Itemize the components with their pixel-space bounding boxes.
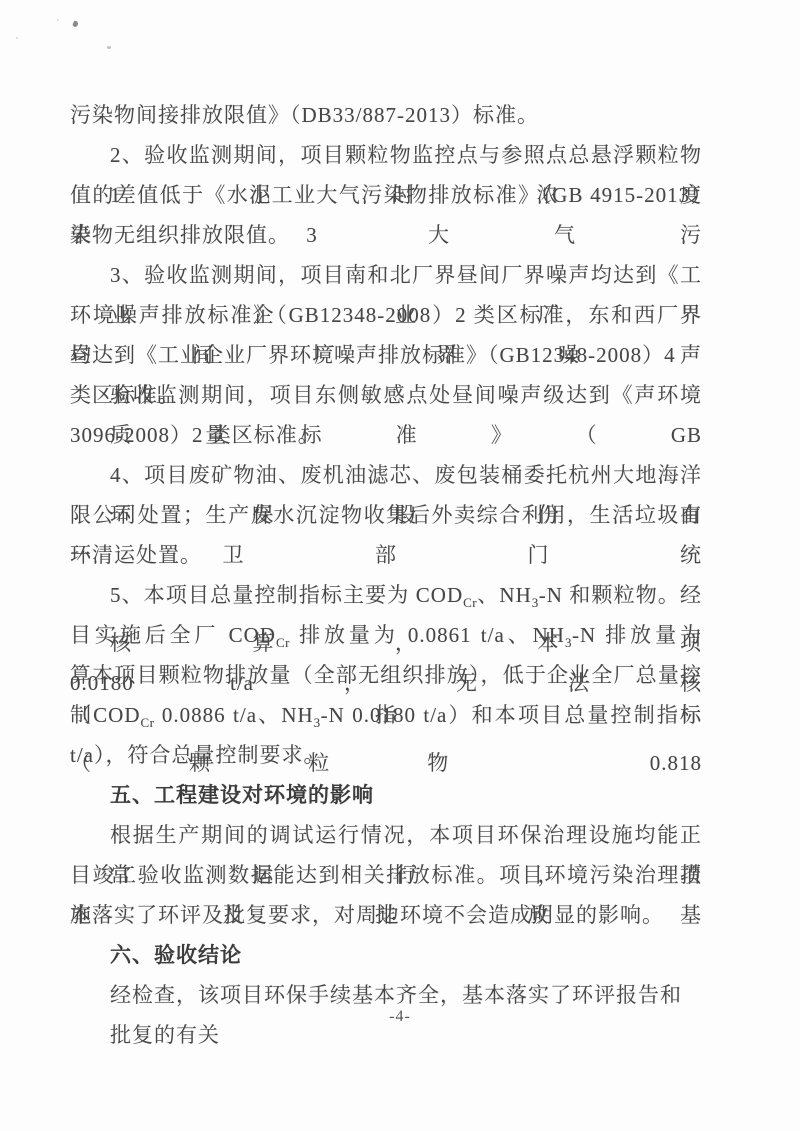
text-line: 根据生产期间的调试运行情况，本项目环保治理设施均能正常运行，项: [70, 815, 702, 855]
section-heading: 六、验收结论: [70, 935, 702, 975]
text-line: 本落实了环评及批复要求，对周边环境不会造成明显的影响。: [70, 895, 702, 935]
text-line: 2、验收监测期间，项目颗粒物监控点与参照点总悬浮颗粒物 1 小时浓度: [70, 135, 702, 175]
paragraph: 3、验收监测期间，项目南和北厂界昼间厂界噪声均达到《工业企业厂界环境噪声排放标准…: [70, 255, 702, 375]
text-line: 六、验收结论: [70, 935, 702, 975]
scan-speck: [72, 20, 79, 28]
paragraph: 污染物间接排放限值》（DB33/887-2013）标准。: [70, 95, 702, 135]
text-line: 4、项目废矿物油、废机油滤芯、废包装桶委托杭州大地海洋环保股份有: [70, 455, 702, 495]
scan-speck: [16, 37, 18, 39]
text-line: （CODCr 0.0886 t/a、NH3-N 0.0180 t/a）和本项目总…: [70, 695, 702, 735]
text-line: 5、本项目总量控制指标主要为 CODCr、NH3-N 和颗粒物。经核算，本项: [70, 575, 702, 615]
page-number: -4-: [0, 1008, 800, 1026]
text-line: 目竣工验收监测数据能达到相关排放标准。项目环境污染治理措施及排放基: [70, 855, 702, 895]
subscript-text: Cr: [141, 715, 155, 730]
scan-speck: [57, 19, 59, 21]
text-line: 验收监测期间，项目东侧敏感点处昼间噪声级达到《声环境质量标准》（GB: [70, 375, 702, 415]
paragraph: 验收监测期间，项目东侧敏感点处昼间噪声级达到《声环境质量标准》（GB3096-2…: [70, 375, 702, 455]
paragraph: 5、本项目总量控制指标主要为 CODCr、NH3-N 和颗粒物。经核算，本项目实…: [70, 575, 702, 775]
text-line: 3、验收监测期间，项目南和北厂界昼间厂界噪声均达到《工业企业厂界: [70, 255, 702, 295]
subscript-text: Cr: [276, 635, 290, 650]
subscript-text: 3: [532, 595, 539, 610]
subscript-text: 3: [314, 715, 321, 730]
text-line: 均达到《工业企业厂界环境噪声排放标准》（GB12348-2008）4 类区标准。: [70, 335, 702, 375]
paragraph: 4、项目废矿物油、废机油滤芯、废包装桶委托杭州大地海洋环保股份有限公司处置；生产…: [70, 455, 702, 575]
subscript-text: 3: [565, 635, 572, 650]
subscript-text: Cr: [463, 595, 477, 610]
text-line: 限公司处置；生产废水沉淀物收集后外卖综合利用，生活垃圾由环卫部门统: [70, 495, 702, 535]
text-line: 值的差值低于《水泥工业大气污染物排放标准》（GB 4915-2013）表 3 大…: [70, 175, 702, 215]
document-body: 污染物间接排放限值》（DB33/887-2013）标准。2、验收监测期间，项目颗…: [70, 95, 702, 1015]
text-line: 环境噪声排放标准》（GB12348-2008）2 类区标准，东和西厂界昼间厂界噪…: [70, 295, 702, 335]
scan-speck: [107, 46, 111, 49]
text-line: 目实施后全厂 CODCr 排放量为 0.0861 t/a、NH3-N 排放量为 …: [70, 615, 702, 655]
text-line: 污染物间接排放限值》（DB33/887-2013）标准。: [70, 95, 702, 135]
paragraph: 2、验收监测期间，项目颗粒物监控点与参照点总悬浮颗粒物 1 小时浓度值的差值低于…: [70, 135, 702, 255]
scanned-document-page: 污染物间接排放限值》（DB33/887-2013）标准。2、验收监测期间，项目颗…: [0, 0, 800, 1131]
text-line: 算本项目颗粒物排放量（全部无组织排放），低于企业全厂总量控制指标: [70, 655, 702, 695]
paragraph: 根据生产期间的调试运行情况，本项目环保治理设施均能正常运行，项目竣工验收监测数据…: [70, 815, 702, 935]
